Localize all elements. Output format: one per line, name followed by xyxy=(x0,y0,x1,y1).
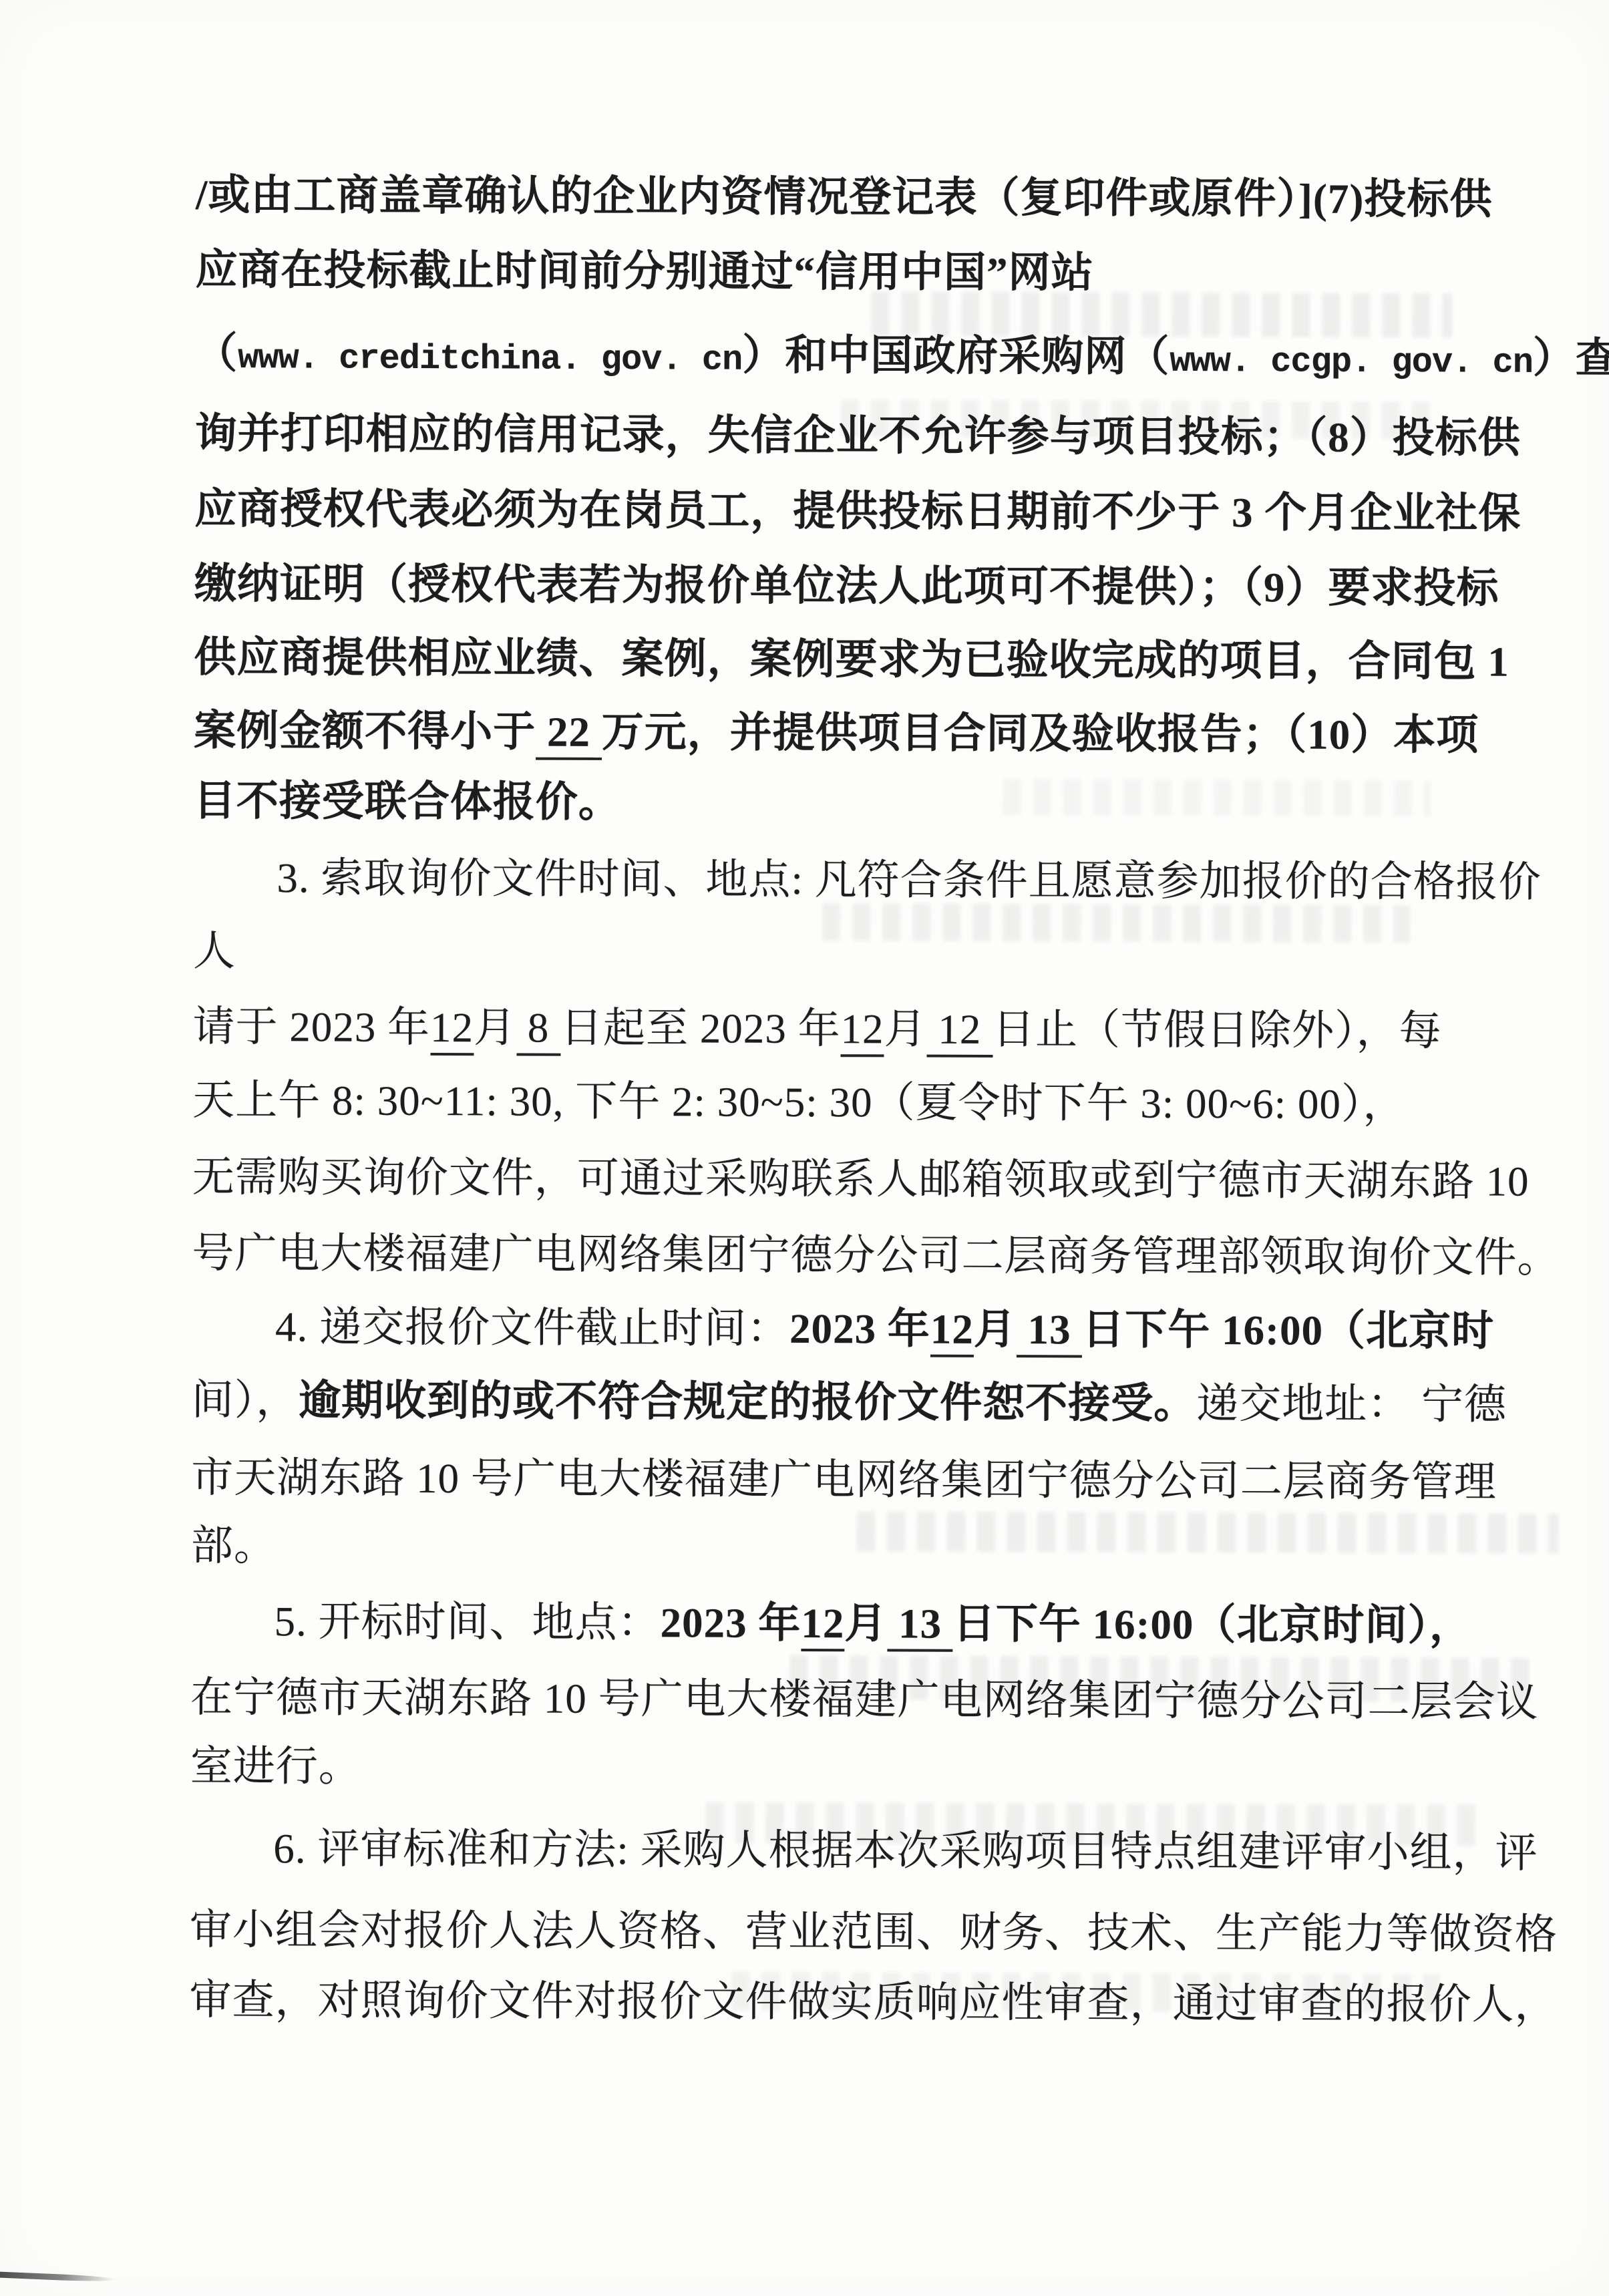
document-line: 缴纳证明（授权代表若为报价单位法人此项可不提供）；（9）要求投标 xyxy=(194,559,1499,613)
text-run: 2023 年 xyxy=(789,1305,930,1353)
text-run: 4. 递交报价文件截止时间： xyxy=(275,1303,789,1352)
text-run: 月 xyxy=(844,1600,887,1647)
bleed-through-artifact xyxy=(857,1511,1558,1554)
text-run: 日起至 2023 年 xyxy=(560,1005,841,1052)
text-run: 间）， xyxy=(192,1377,299,1424)
document-line: 在宁德市天湖东路 10 号广电大楼福建广电网络集团宁德分公司二层会议 xyxy=(190,1673,1539,1727)
text-run: 目不接受联合体报价。 xyxy=(194,778,621,826)
text-run: 案例金额不得小于 xyxy=(194,707,536,756)
text-run: 应商授权代表必须为在岗员工，提供投标日期前不少于 3 个月企业社保 xyxy=(194,486,1521,537)
document-line: 请于 2023 年12月 8 日起至 2023 年12月 12 日止（节假日除外… xyxy=(192,1002,1441,1056)
text-run: 部。 xyxy=(191,1522,277,1569)
text-run: 6. 评审标准和方法: 采购人根据本次采购项目特点组建评审小组，评 xyxy=(273,1825,1538,1876)
document-line: /或由工商盖章确认的企业内资情况登记表（复印件或原件）](7)投标供 xyxy=(196,170,1493,224)
text-run: 天上午 8: 30~11: 30, 下午 2: 30~5: 30（夏令时下午 3… xyxy=(192,1077,1405,1128)
document-line: 人 xyxy=(193,927,236,977)
document-line: 目不接受联合体报价。 xyxy=(194,776,621,828)
document-line: 供应商提供相应业绩、案例，案例要求为已验收完成的项目，合同包 1 xyxy=(194,633,1509,687)
document-line: 室进行。 xyxy=(190,1742,361,1792)
document-line: 6. 评审标准和方法: 采购人根据本次采购项目特点组建评审小组，评 xyxy=(273,1824,1538,1878)
document-line: 无需购买询价文件，可通过采购联系人邮箱领取或到宁德市天湖东路 10 xyxy=(192,1152,1530,1206)
document-line: 天上午 8: 30~11: 30, 下午 2: 30~5: 30（夏令时下午 3… xyxy=(192,1076,1405,1130)
text-run: 询并打印相应的信用记录，失信企业不允许参与项目投标；（8）投标供 xyxy=(195,410,1521,462)
bleed-through-artifact xyxy=(822,903,1410,943)
underlined-value: 12 xyxy=(430,1004,474,1055)
text-run: 缴纳证明（授权代表若为报价单位法人此项可不提供）；（9）要求投标 xyxy=(194,560,1499,612)
underlined-value: 12 xyxy=(930,1306,974,1357)
document-line: 应商在投标截止时间前分别通过“信用中国”网站 xyxy=(195,245,1093,298)
document-line: 部。 xyxy=(191,1521,277,1571)
bleed-through-artifact xyxy=(1003,779,1431,816)
text-run: 审查，对照询价文件对报价文件做实质响应性审查，通过审查的报价人， xyxy=(189,1977,1557,2028)
text-run: 递交地址： 宁德 xyxy=(1196,1380,1507,1428)
underlined-value: 12 xyxy=(840,1005,884,1057)
text-run: ）查 xyxy=(1533,335,1609,381)
text-run: 日止（节假日除外），每 xyxy=(993,1006,1442,1054)
text-run: 日下午 16:00（北京时 xyxy=(1082,1306,1494,1354)
underlined-value: 12 xyxy=(926,1006,993,1057)
text-run: 审小组会对报价人法人资格、营业范围、财务、技术、生产能力等做资格 xyxy=(190,1907,1558,1958)
document-line: 3. 索取询价文件时间、地点: 凡符合条件且愿意参加报价的合格报价 xyxy=(277,853,1542,907)
document-line: （www. creditchina. gov. cn）和中国政府采购网（www.… xyxy=(195,329,1609,384)
document-line: 市天湖东路 10 号广电大楼福建广电网络集团宁德分公司二层商务管理 xyxy=(191,1453,1497,1507)
text-run: 人 xyxy=(193,928,236,975)
text-run: 应商在投标截止时间前分别通过“信用中国”网站 xyxy=(195,247,1093,297)
underlined-value: 13 xyxy=(1017,1306,1083,1357)
underlined-value: 13 xyxy=(887,1600,953,1651)
document-line: 询并打印相应的信用记录，失信企业不允许参与项目投标；（8）投标供 xyxy=(195,409,1521,463)
text-run: 月 xyxy=(974,1306,1017,1353)
text-run: /或由工商盖章确认的企业内资情况登记表（复印件或原件）](7)投标供 xyxy=(196,172,1493,223)
document-line: 间），逾期收到的或不符合规定的报价文件恕不接受。递交地址： 宁德 xyxy=(192,1375,1507,1430)
document-line: 审查，对照询价文件对报价文件做实质响应性审查，通过审查的报价人， xyxy=(189,1975,1557,2029)
underlined-value: 8 xyxy=(516,1004,560,1055)
text-run: 3. 索取询价文件时间、地点: 凡符合条件且愿意参加报价的合格报价 xyxy=(277,854,1541,906)
text-run: 万元，并提供项目合同及验收报告；（10）本项 xyxy=(602,709,1479,759)
document-line: 审小组会对报价人法人资格、营业范围、财务、技术、生产能力等做资格 xyxy=(190,1905,1558,1959)
text-run: 日下午 16:00（北京时间）， xyxy=(953,1601,1472,1649)
url-text: www. ccgp. gov. cn xyxy=(1170,342,1533,383)
text-run: 号广电大楼福建广电网络集团宁德分公司二层商务管理部领取询价文件。 xyxy=(192,1230,1560,1281)
underlined-value: 22 xyxy=(536,709,602,760)
text-run: 2023 年 xyxy=(660,1599,801,1647)
text-run: 月 xyxy=(884,1005,927,1052)
document-line: 应商授权代表必须为在岗员工，提供投标日期前不少于 3 个月企业社保 xyxy=(194,484,1521,538)
scanned-page: /或由工商盖章确认的企业内资情况登记表（复印件或原件）](7)投标供 应商在投标… xyxy=(0,0,1609,2296)
text-run: 月 xyxy=(474,1004,516,1051)
underlined-value: 12 xyxy=(801,1600,844,1651)
text-run: 供应商提供相应业绩、案例，案例要求为已验收完成的项目，合同包 1 xyxy=(194,634,1509,685)
text-run: （ xyxy=(195,330,238,377)
text-run: 室进行。 xyxy=(190,1743,361,1790)
text-run: 请于 2023 年 xyxy=(193,1003,431,1051)
text-run: 5. 开标时间、地点： xyxy=(274,1598,660,1646)
text-run: 在宁德市天湖东路 10 号广电大楼福建广电网络集团宁德分公司二层会议 xyxy=(190,1674,1539,1726)
document-line: 5. 开标时间、地点：2023 年12月 13 日下午 16:00（北京时间）， xyxy=(274,1597,1472,1651)
document-line: 号广电大楼福建广电网络集团宁德分公司二层商务管理部领取询价文件。 xyxy=(192,1228,1560,1283)
document-sheet: /或由工商盖章确认的企业内资情况登记表（复印件或原件）](7)投标供 应商在投标… xyxy=(0,0,1609,2296)
scan-edge-artifact xyxy=(0,2271,115,2282)
text-run: 无需购买询价文件，可通过采购联系人邮箱领取或到宁德市天湖东路 10 xyxy=(192,1154,1530,1205)
document-line: 4. 递交报价文件截止时间：2023 年12月 13 日下午 16:00（北京时 xyxy=(275,1302,1494,1356)
text-run: 市天湖东路 10 号广电大楼福建广电网络集团宁德分公司二层商务管理 xyxy=(191,1454,1497,1506)
document-line: 案例金额不得小于 22 万元，并提供项目合同及验收报告；（10）本项 xyxy=(194,706,1479,760)
text-run: 逾期收到的或不符合规定的报价文件恕不接受。 xyxy=(299,1377,1196,1427)
url-text: www. creditchina. gov. cn xyxy=(238,339,742,380)
text-run: ）和中国政府采购网（ xyxy=(742,332,1170,380)
